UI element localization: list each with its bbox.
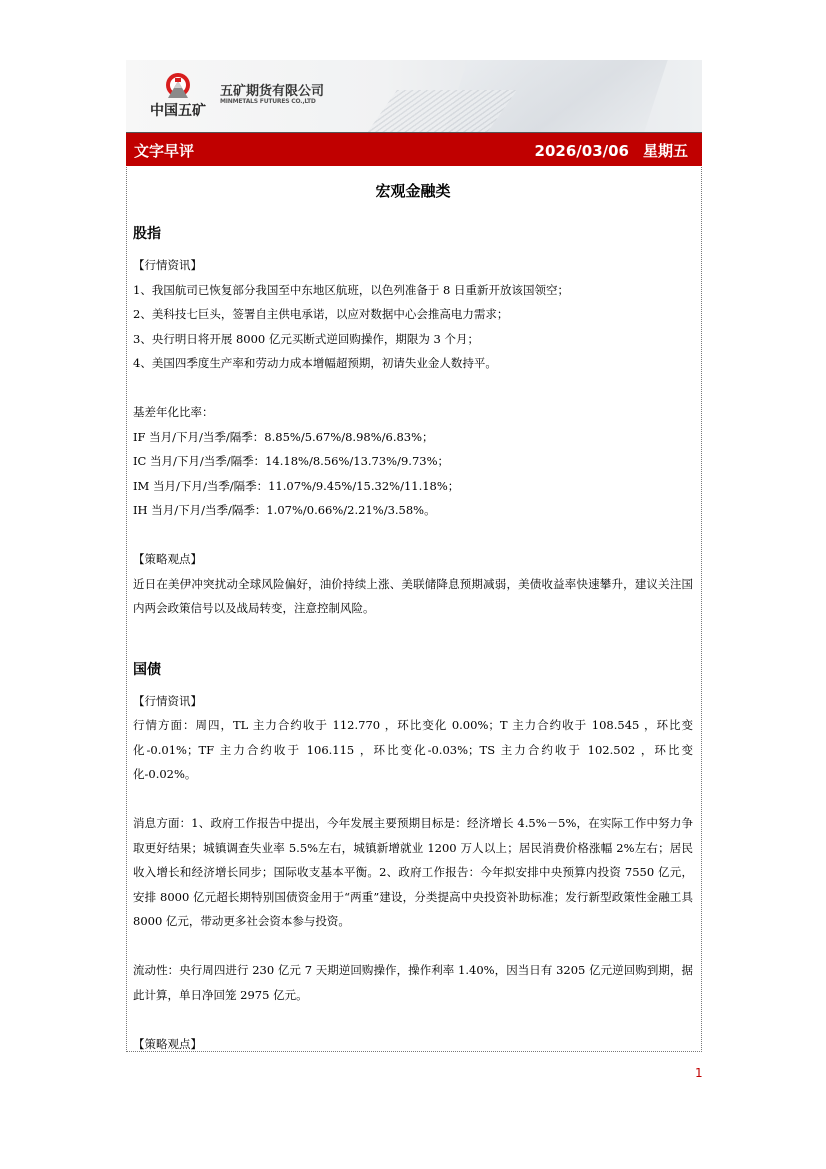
company-name-cn: 五矿期货有限公司 <box>220 80 324 99</box>
treasury-market-text: 行情方面：周四，TL 主力合约收于 112.770 ，环比变化 0.00%；T … <box>133 713 693 787</box>
strategy-text: 近日在美伊冲突扰动全球风险偏好，油价持续上涨、美联储降息预期减弱，美债收益率快速… <box>133 572 693 621</box>
spacer <box>133 376 693 401</box>
market-news-label: 【行情资讯】 <box>133 689 693 714</box>
company-logo: 中国五矿 <box>148 70 208 126</box>
logo-text: 中国五矿 <box>148 100 208 120</box>
spacer <box>133 621 693 655</box>
treasury-liquidity-text: 流动性：央行周四进行 230 亿元 7 天期逆回购操作，操作利率 1.40%，因… <box>133 958 693 1007</box>
news-item: 1、我国航司已恢复部分我国至中东地区航班，以色列准备于 8 日重新开放该国领空； <box>133 278 693 303</box>
report-content: 宏观金融类 股指 【行情资讯】 1、我国航司已恢复部分我国至中东地区航班，以色列… <box>133 165 693 1056</box>
strategy-label: 【策略观点】 <box>133 547 693 572</box>
company-name-en: MINMETALS FUTURES CO.,LTD <box>220 98 316 105</box>
spacer <box>133 1007 693 1032</box>
section-title: 宏观金融类 <box>133 179 693 203</box>
basis-item-im: IM 当月/下月/当季/隔季：11.07%/9.45%/15.32%/11.18… <box>133 474 693 499</box>
news-item: 2、美科技七巨头，签署自主供电承诺，以应对数据中心会推高电力需求； <box>133 302 693 327</box>
report-date: 2026/03/06 <box>535 142 629 160</box>
basis-item-ic: IC 当月/下月/当季/隔季：14.18%/8.56%/13.73%/9.73%… <box>133 449 693 474</box>
header-banner: 中国五矿 五矿期货有限公司 MINMETALS FUTURES CO.,LTD <box>126 60 702 132</box>
basis-label: 基差年化比率： <box>133 400 693 425</box>
spacer <box>133 934 693 959</box>
treasury-news-text: 消息方面：1、政府工作报告中提出，今年发展主要预期目标是：经济增长 4.5%－5… <box>133 811 693 934</box>
news-item: 4、美国四季度生产率和劳动力成本增幅超预期，初请失业金人数持平。 <box>133 351 693 376</box>
report-date-block: 2026/03/06星期五 <box>535 140 688 161</box>
stock-index-heading: 股指 <box>133 219 693 249</box>
news-item: 3、央行明日将开展 8000 亿元买断式逆回购操作，期限为 3 个月； <box>133 327 693 352</box>
report-weekday: 星期五 <box>643 142 688 160</box>
page-number: 1 <box>695 1066 703 1080</box>
spacer <box>133 523 693 548</box>
title-bar: 文字早评 2026/03/06星期五 <box>126 132 702 166</box>
basis-item-if: IF 当月/下月/当季/隔季：8.85%/5.67%/8.98%/6.83%； <box>133 425 693 450</box>
spacer <box>133 787 693 812</box>
logo-emblem-icon <box>164 72 192 100</box>
report-type: 文字早评 <box>134 140 194 161</box>
treasury-heading: 国债 <box>133 655 693 685</box>
market-news-label: 【行情资讯】 <box>133 253 693 278</box>
basis-item-ih: IH 当月/下月/当季/隔季：1.07%/0.66%/2.21%/3.58%。 <box>133 498 693 523</box>
strategy-label: 【策略观点】 <box>133 1032 693 1057</box>
